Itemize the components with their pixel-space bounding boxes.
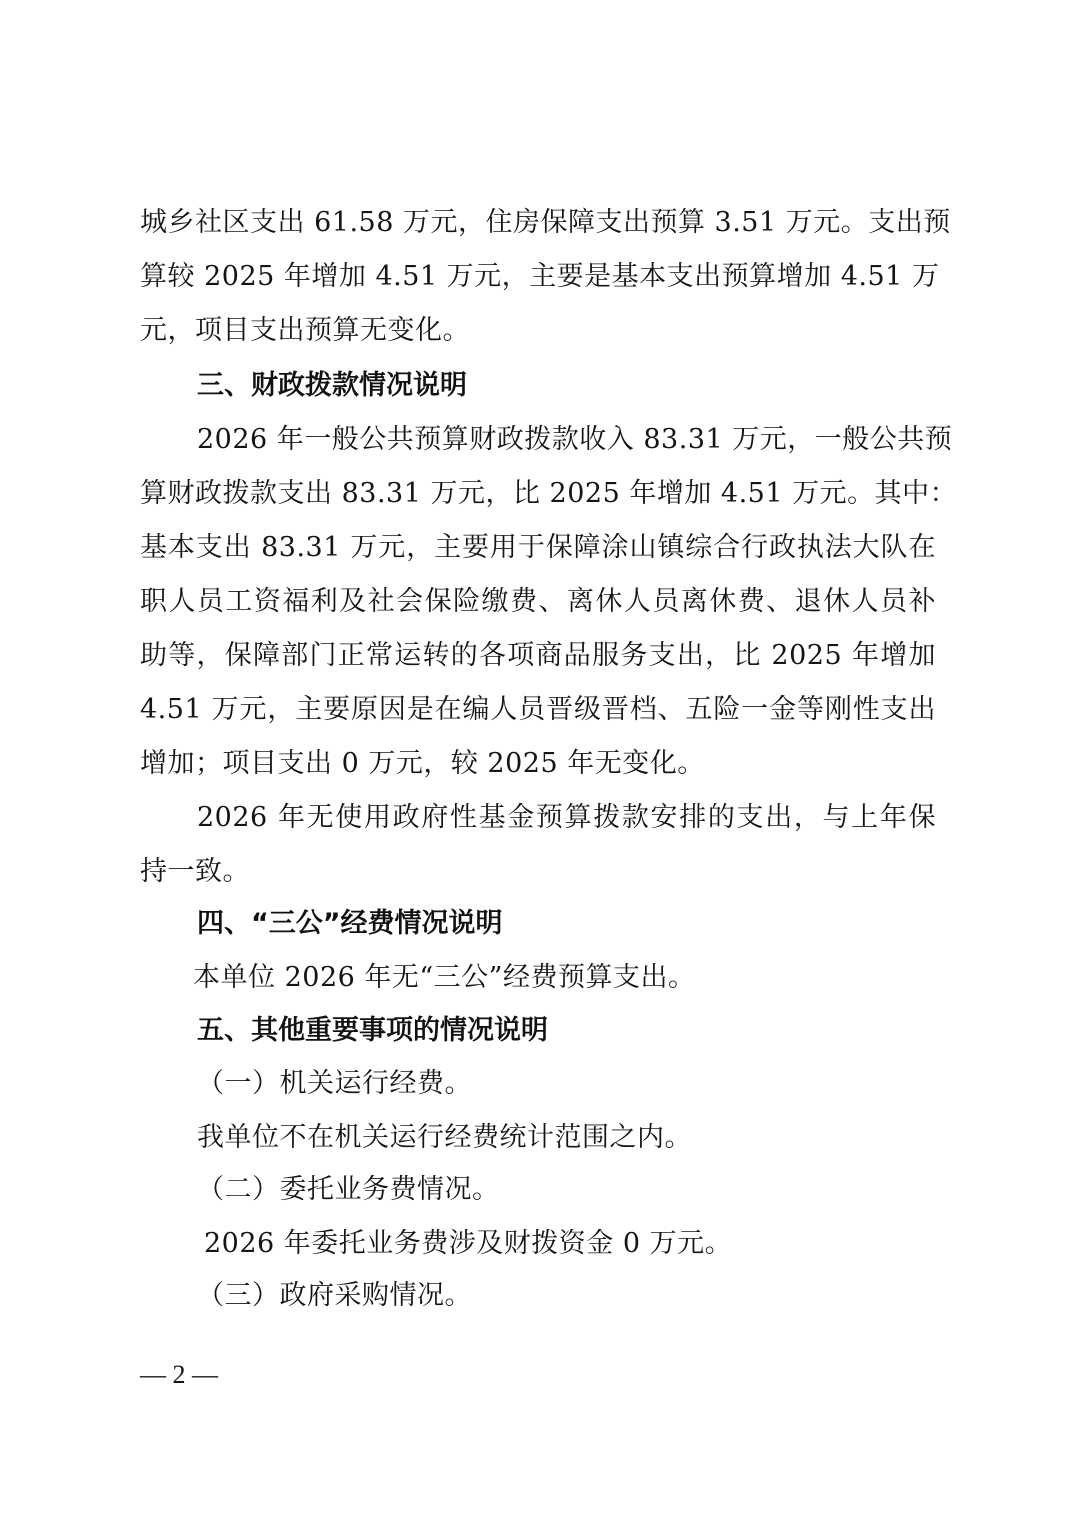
section-heading-three-public-expenses: 四、“三公”经费情况说明 bbox=[197, 904, 936, 944]
page-number: — 2 — bbox=[140, 1355, 218, 1395]
body-line: 增加；项目支出 0 万元，较 2025 年无变化。 bbox=[140, 744, 936, 784]
body-line: 2026 年一般公共预算财政拨款收入 83.31 万元，一般公共预 bbox=[197, 420, 936, 460]
body-line: 2026 年委托业务费涉及财拨资金 0 万元。 bbox=[204, 1224, 936, 1264]
body-line: 元，项目支出预算无变化。 bbox=[140, 311, 936, 351]
body-line: 城乡社区支出 61.58 万元，住房保障支出预算 3.51 万元。支出预 bbox=[140, 203, 936, 243]
document-page: 城乡社区支出 61.58 万元，住房保障支出预算 3.51 万元。支出预 算较 … bbox=[0, 0, 1074, 1520]
body-line: 职人员工资福利及社会保险缴费、离休人员离休费、退休人员补 bbox=[140, 582, 936, 622]
body-line: 我单位不在机关运行经费统计范围之内。 bbox=[197, 1118, 936, 1158]
body-line: 2026 年无使用政府性基金预算拨款安排的支出，与上年保 bbox=[197, 798, 936, 838]
body-line: 算财政拨款支出 83.31 万元，比 2025 年增加 4.51 万元。其中： bbox=[140, 474, 936, 514]
subsection-title-operating-costs: （一）机关运行经费。 bbox=[197, 1064, 936, 1104]
section-heading-fiscal-appropriation: 三、财政拨款情况说明 bbox=[197, 366, 936, 406]
subsection-title-government-procurement: （三）政府采购情况。 bbox=[197, 1276, 936, 1316]
section-heading-other-matters: 五、其他重要事项的情况说明 bbox=[197, 1011, 936, 1051]
subsection-title-entrusted-business: （二）委托业务费情况。 bbox=[197, 1170, 936, 1210]
body-line: 基本支出 83.31 万元，主要用于保障涂山镇综合行政执法大队在 bbox=[140, 528, 936, 568]
body-line: 4.51 万元，主要原因是在编人员晋级晋档、五险一金等刚性支出 bbox=[140, 690, 936, 730]
body-line: 算较 2025 年增加 4.51 万元，主要是基本支出预算增加 4.51 万 bbox=[140, 257, 936, 297]
body-line: 助等，保障部门正常运转的各项商品服务支出，比 2025 年增加 bbox=[140, 636, 936, 676]
body-line: 本单位 2026 年无“三公”经费预算支出。 bbox=[193, 958, 936, 998]
body-line: 持一致。 bbox=[140, 852, 936, 892]
